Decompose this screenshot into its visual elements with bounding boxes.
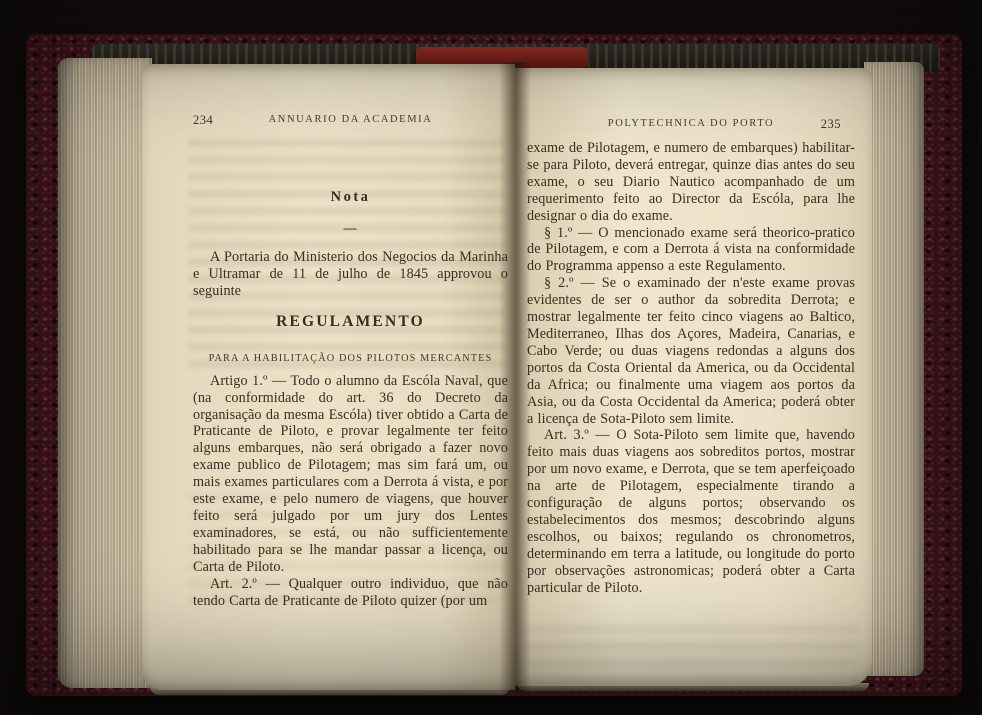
left-running-title: ANNUARIO DA ACADEMIA: [193, 114, 508, 125]
left-page-edge-stack: [58, 58, 152, 688]
section-1-paragraph: § 1.º — O mencionado exame será theorico…: [527, 225, 855, 276]
article-3-paragraph: Art. 3.º — O Sota-Piloto sem limite que,…: [527, 427, 855, 596]
regulation-subtitle: PARA A HABILITAÇÃO DOS PILOTOS MERCANTES: [193, 353, 508, 364]
left-page: 234 ANNUARIO DA ACADEMIA Nota — A Portar…: [142, 64, 515, 690]
right-page-edge-stack: [864, 62, 924, 676]
left-running-head: 234 ANNUARIO DA ACADEMIA: [193, 114, 508, 132]
right-running-title: POLYTECHNICA DO PORTO: [527, 118, 855, 129]
show-through-ghost-text: [525, 624, 858, 684]
article-2-paragraph: Art. 2.º — Qualquer outro individuo, que…: [193, 576, 508, 610]
article-1-paragraph: Artigo 1.º — Todo o alumno da Escóla Nav…: [193, 373, 508, 576]
intro-paragraph: A Portaria do Ministerio dos Negocios da…: [193, 249, 508, 300]
right-page: POLYTECHNICA DO PORTO 235 exame de Pilot…: [515, 68, 872, 686]
note-heading: Nota: [193, 189, 508, 206]
note-divider-dash: —: [193, 220, 508, 236]
right-running-head: POLYTECHNICA DO PORTO 235: [527, 118, 855, 136]
continued-paragraph: exame de Pilotagem, e numero de embarque…: [527, 140, 855, 225]
section-2-paragraph: § 2.º — Se o examinado der n'este exame …: [527, 275, 855, 427]
right-page-number: 235: [821, 117, 841, 132]
book-photograph: 234 ANNUARIO DA ACADEMIA Nota — A Portar…: [0, 0, 982, 715]
regulation-title: REGULAMENTO: [193, 313, 508, 331]
